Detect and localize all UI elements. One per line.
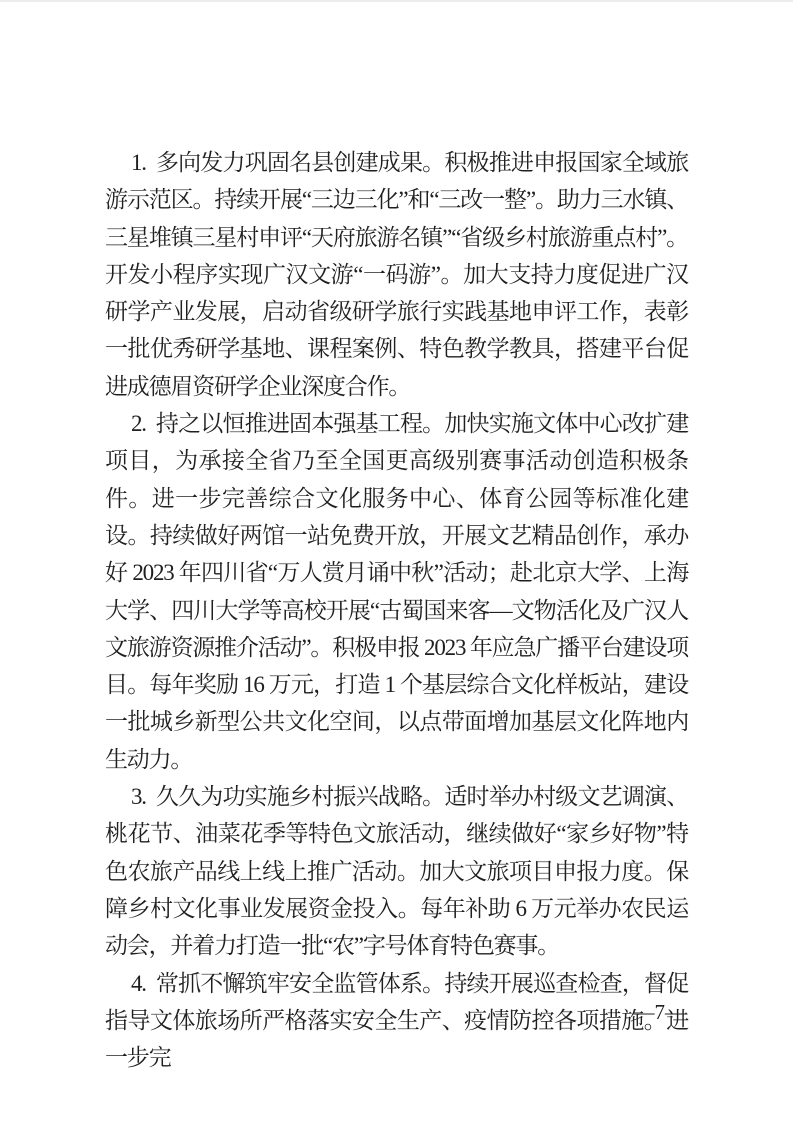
paragraph-2: 2.持之以恒推进固本强基工程。加快实施文体中心改扩建项目，为承接全省乃至全国更高… bbox=[105, 405, 688, 778]
paragraph-1-text: 多向发力巩固名县创建成果。积极推进申报国家全域旅游示范区。持续开展“三边三化”和… bbox=[105, 150, 688, 399]
paragraph-1: 1.多向发力巩固名县创建成果。积极推进申报国家全域旅游示范区。持续开展“三边三化… bbox=[105, 144, 688, 405]
document-body: 1.多向发力巩固名县创建成果。积极推进申报国家全域旅游示范区。持续开展“三边三化… bbox=[105, 144, 688, 1076]
scan-edge-artifact bbox=[0, 0, 793, 2]
paragraph-2-text: 持之以恒推进固本强基工程。加快实施文体中心改扩建项目，为承接全省乃至全国更高级别… bbox=[105, 411, 688, 772]
document-page: { "page": { "background": "#ffffff", "te… bbox=[0, 0, 793, 1122]
page-number: —7— bbox=[634, 1000, 687, 1025]
paragraph-3: 3.久久为功实施乡村振兴战略。适时举办村级文艺调演、桃花节、油菜花季等特色文旅活… bbox=[105, 778, 688, 964]
paragraph-3-number: 3. bbox=[131, 784, 146, 809]
paragraph-4: 4.常抓不懈筑牢安全监管体系。持续开展巡查检查，督促指导文体旅场所严格落实安全生… bbox=[105, 965, 688, 1077]
paragraph-2-number: 2. bbox=[131, 411, 146, 436]
paragraph-1-number: 1. bbox=[131, 150, 146, 175]
paragraph-3-text: 久久为功实施乡村振兴战略。适时举办村级文艺调演、桃花节、油菜花季等特色文旅活动，… bbox=[105, 784, 688, 958]
paragraph-4-number: 4. bbox=[131, 971, 146, 996]
paragraph-4-text: 常抓不懈筑牢安全监管体系。持续开展巡查检查，督促指导文体旅场所严格落实安全生产、… bbox=[105, 971, 688, 1071]
